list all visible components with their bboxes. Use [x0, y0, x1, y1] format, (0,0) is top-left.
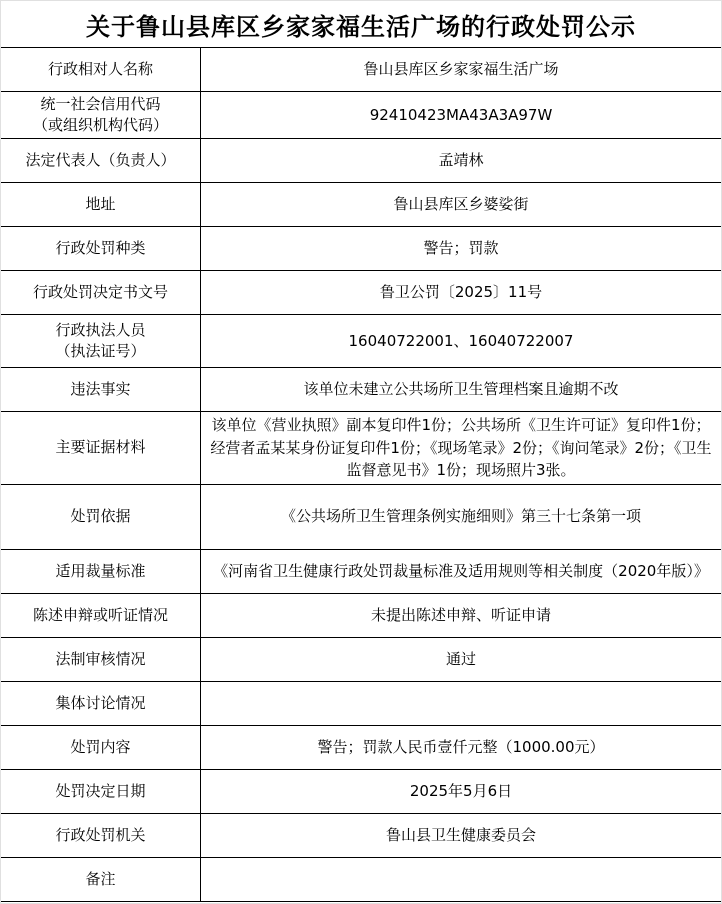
row-label: 处罚决定日期 [1, 769, 201, 813]
row-label: 处罚内容 [1, 725, 201, 769]
row-label: 行政处罚决定书文号 [1, 271, 201, 315]
table-row: 统一社会信用代码 （或组织机构代码） 92410423MA43A3A97W [1, 92, 722, 139]
penalty-notice-page: 关于鲁山县库区乡家家福生活广场的行政处罚公示 行政相对人名称 鲁山县库区乡家家福… [0, 0, 722, 904]
row-label: 地址 [1, 183, 201, 227]
table-row: 主要证据材料 该单位《营业执照》副本复印件1份；公共场所《卫生许可证》复印件1份… [1, 412, 722, 485]
page-title-bar: 关于鲁山县库区乡家家福生活广场的行政处罚公示 [1, 1, 721, 47]
row-label: 陈述申辩或听证情况 [1, 593, 201, 637]
row-value: 警告；罚款 [201, 227, 722, 271]
row-value: 孟靖林 [201, 139, 722, 183]
table-row: 适用裁量标准 《河南省卫生健康行政处罚裁量标准及适用规则等相关制度（2020年版… [1, 549, 722, 593]
row-label: 法定代表人（负责人） [1, 139, 201, 183]
row-value: 《河南省卫生健康行政处罚裁量标准及适用规则等相关制度（2020年版）》 [201, 549, 722, 593]
table-row: 处罚依据 《公共场所卫生管理条例实施细则》第三十七条第一项 [1, 484, 722, 549]
row-label: 处罚依据 [1, 484, 201, 549]
row-value: 鲁山县库区乡家家福生活广场 [201, 48, 722, 92]
row-value: 鲁山县卫生健康委员会 [201, 813, 722, 857]
row-value: 未提出陈述申辩、听证申请 [201, 593, 722, 637]
table-row: 行政处罚种类 警告；罚款 [1, 227, 722, 271]
row-value: 通过 [201, 637, 722, 681]
table-row: 备注 [1, 857, 722, 901]
row-value: 该单位未建立公共场所卫生管理档案且逾期不改 [201, 368, 722, 412]
row-value: 该单位《营业执照》副本复印件1份；公共场所《卫生许可证》复印件1份；经营者孟某某… [201, 412, 722, 485]
table-row: 处罚决定日期 2025年5月6日 [1, 769, 722, 813]
table-row: 行政执法人员 （执法证号） 16040722001、16040722007 [1, 315, 722, 368]
table-row: 陈述申辩或听证情况 未提出陈述申辩、听证申请 [1, 593, 722, 637]
row-label: 行政处罚机关 [1, 813, 201, 857]
row-value: 警告；罚款人民币壹仟元整（1000.00元） [201, 725, 722, 769]
row-label: 主要证据材料 [1, 412, 201, 485]
page-title: 关于鲁山县库区乡家家福生活广场的行政处罚公示 [86, 7, 636, 42]
row-label: 集体讨论情况 [1, 681, 201, 725]
row-label: 行政执法人员 （执法证号） [1, 315, 201, 368]
row-label: 备注 [1, 857, 201, 901]
row-value: 16040722001、16040722007 [201, 315, 722, 368]
table-row: 地址 鲁山县库区乡婆娑街 [1, 183, 722, 227]
row-label: 法制审核情况 [1, 637, 201, 681]
table-row: 行政处罚决定书文号 鲁卫公罚〔2025〕11号 [1, 271, 722, 315]
table-row: 违法事实 该单位未建立公共场所卫生管理档案且逾期不改 [1, 368, 722, 412]
row-label: 适用裁量标准 [1, 549, 201, 593]
row-label: 违法事实 [1, 368, 201, 412]
row-value [201, 857, 722, 901]
table-row: 行政处罚机关 鲁山县卫生健康委员会 [1, 813, 722, 857]
row-value: 鲁山县库区乡婆娑街 [201, 183, 722, 227]
table-row: 法制审核情况 通过 [1, 637, 722, 681]
table-row: 行政相对人名称 鲁山县库区乡家家福生活广场 [1, 48, 722, 92]
row-label: 行政相对人名称 [1, 48, 201, 92]
row-value: 《公共场所卫生管理条例实施细则》第三十七条第一项 [201, 484, 722, 549]
table-row: 集体讨论情况 [1, 681, 722, 725]
row-value [201, 681, 722, 725]
penalty-table: 行政相对人名称 鲁山县库区乡家家福生活广场 统一社会信用代码 （或组织机构代码）… [0, 47, 722, 902]
table-row: 处罚内容 警告；罚款人民币壹仟元整（1000.00元） [1, 725, 722, 769]
row-label: 统一社会信用代码 （或组织机构代码） [1, 92, 201, 139]
row-value: 鲁卫公罚〔2025〕11号 [201, 271, 722, 315]
row-value: 92410423MA43A3A97W [201, 92, 722, 139]
row-label: 行政处罚种类 [1, 227, 201, 271]
row-value: 2025年5月6日 [201, 769, 722, 813]
table-row: 法定代表人（负责人） 孟靖林 [1, 139, 722, 183]
